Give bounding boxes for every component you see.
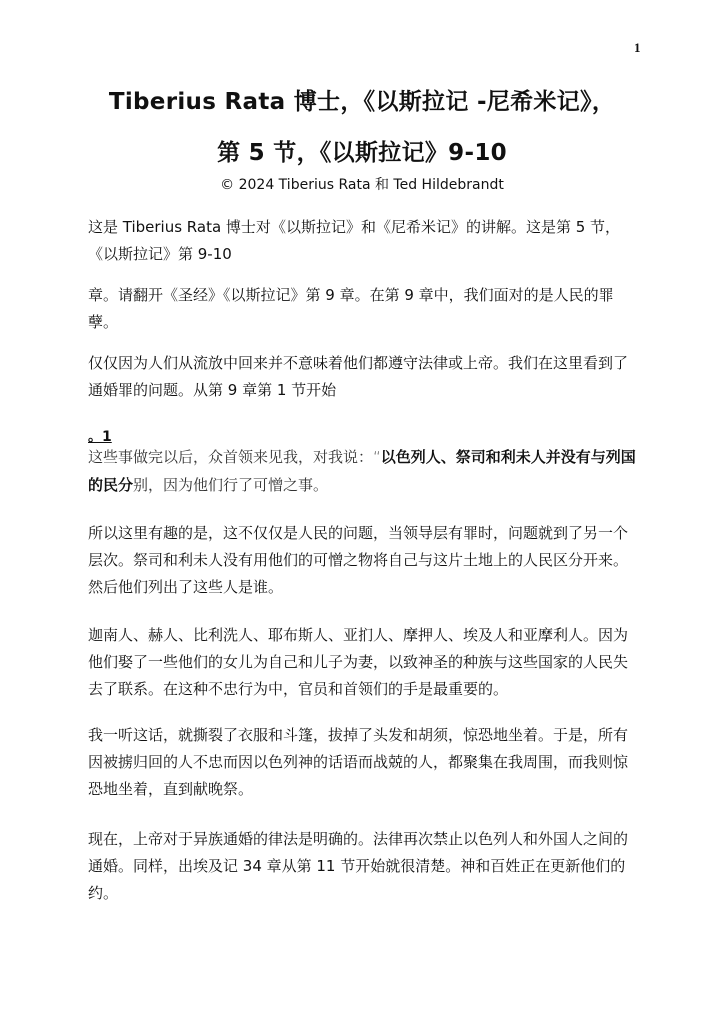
paragraph-2: 章。请翻开《圣经》《以斯拉记》第 9 章。在第 9 章中，我们面对的是人民的罪孽… <box>88 282 636 336</box>
paragraph-6: 我一听这话，就撕裂了衣服和斗篷，拔掉了头发和胡须，惊恐地坐着。于是，所有因被掳归… <box>88 722 636 803</box>
paragraph-7: 现在，上帝对于异族通婚的律法是明确的。法律再次禁止以色列人和外国人之间的通婚。同… <box>88 826 636 907</box>
scripture-quote-part-c: 别，因为他们行了可憎之事。 <box>133 476 328 494</box>
paragraph-5: 迦南人、赫人、比利洗人、耶布斯人、亚扪人、摩押人、埃及人和亚摩利人。因为他们娶了… <box>88 622 636 703</box>
paragraph-4: 所以这里有趣的是，这不仅仅是人民的问题，当领导层有罪时，问题就到了另一个层次。祭… <box>88 520 636 601</box>
page-number: 1 <box>634 40 641 56</box>
paragraph-3: 仅仅因为人们从流放中回来并不意味着他们都遵守法律或上帝。我们在这里看到了通婚罪的… <box>88 350 636 404</box>
document-title-line-2: 第 5 节，《以斯拉记》9-10 <box>0 134 724 167</box>
intro-paragraph: 这是 Tiberius Rata 博士对《以斯拉记》和《尼希米记》的讲解。这是第… <box>88 214 636 268</box>
scripture-quote-part-a: 这些事做完以后，众首领来见我，对我说：“ <box>88 448 381 466</box>
copyright-line: © 2024 Tiberius Rata 和 Ted Hildebrandt <box>0 174 724 194</box>
document-title-line-1: Tiberius Rata 博士，《以斯拉记 -尼希米记》， <box>0 83 724 116</box>
scripture-quote: 这些事做完以后，众首领来见我，对我说：“以色列人、祭司和利未人并没有与列国的民分… <box>88 443 648 499</box>
